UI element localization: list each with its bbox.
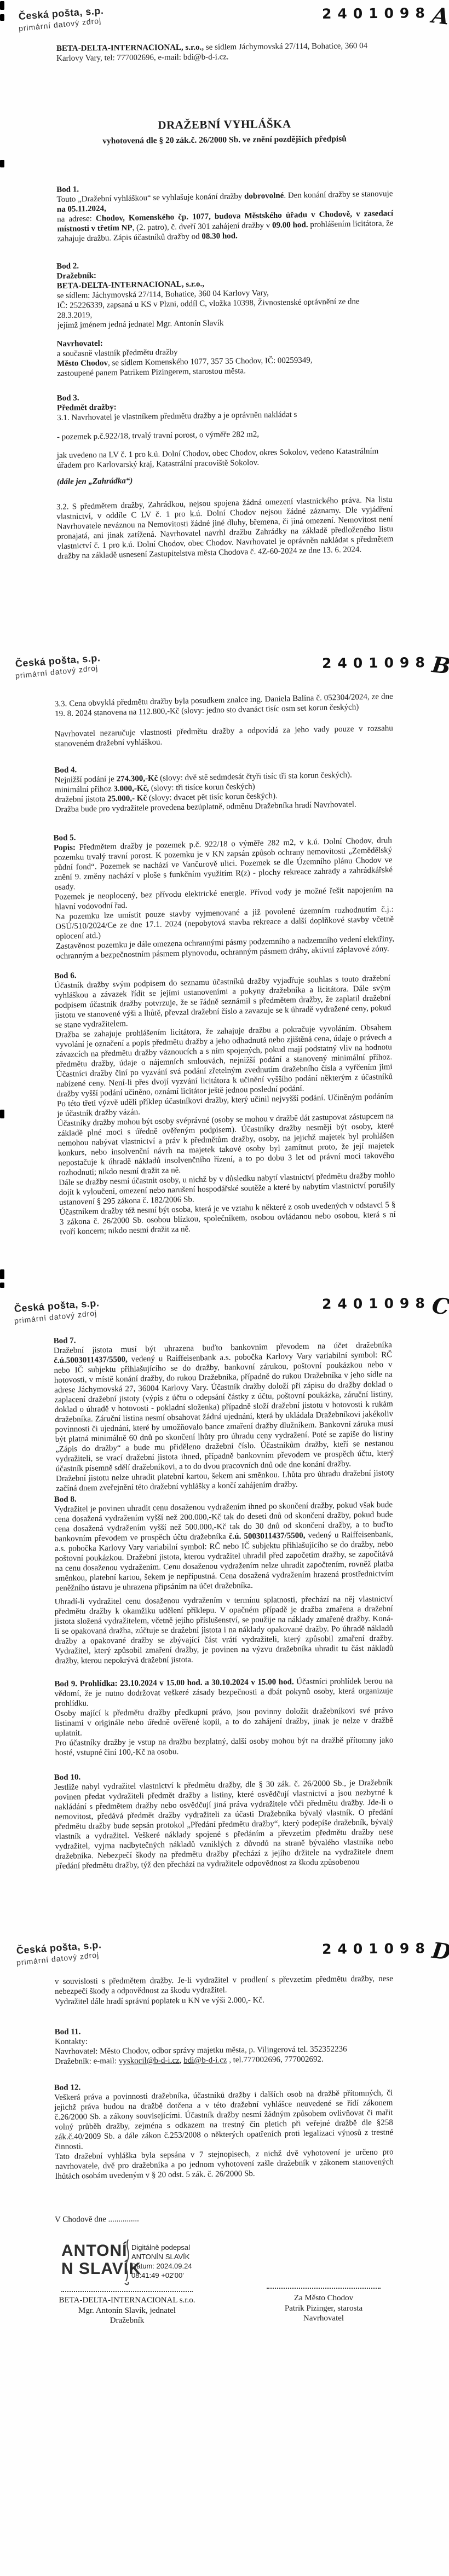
bod-12: Bod 12. Veškerá práva a povinnosti draže… [54,2078,394,2182]
navrhovatel-block: Navrhovatel:a současně vlastník předmětu… [56,334,393,379]
document-number-digits: 2401098 [322,1940,431,1957]
page-c: Česká pošta, s.p. primární datový zdroj … [0,1288,449,1932]
page-letter: C [430,1295,449,1319]
signature-line-left [61,2291,193,2292]
bod-1: Bod 1. Touto „Dražební vyhláškou“ se vyh… [56,179,394,244]
bod-7-p1: Dražební jistota musí být uhrazena buďto… [54,1340,394,1474]
scanned-document: Česká pošta, s.p. primární datový zdroj … [0,0,449,2576]
bod-8: Bod 8. Vydražitel je povinen uhradit cen… [54,1490,394,1593]
bod-3-2-text: 3.2. S předmětem dražby, Zahrádkou, nejs… [56,495,394,561]
page-letter: A [430,4,449,28]
sig-note-line1: Digitálně podepsal [131,2243,214,2252]
letterhead: BETA-DELTA-INTERNACIONAL, s.r.o., se síd… [56,41,389,63]
page-letter: B [430,654,449,678]
page-d: Česká pošta, s.p. primární datový zdroj … [0,1932,449,2576]
bod-10-p1: Jestliže nabyl vydražitel vlastnictví k … [54,1778,394,1871]
bod-6: Bod 6. Účastník dražby svým podpisem do … [54,964,396,1237]
bod-11: Bod 11. Kontakty: Navrhovatel: Město Cho… [55,2024,394,2067]
bod-3-lv: jak uvedeno na LV č. 1 pro k.ú. Dolní Ch… [57,446,393,471]
sig-note-line3: Datum: 2024.09.24 [131,2261,214,2271]
bod-3-2: 3.2. S předmětem dražby, Zahrádkou, nejs… [56,495,394,561]
bod-2: Bod 2. Dražebník:BETA-DELTA-INTERNACIONA… [56,257,394,330]
page-letter: D [430,1940,449,1964]
bod-4: Bod 4. Nejnižší podání je 274.300,-Kč (s… [54,759,393,815]
digital-signature-note: Digitálně podepsal ANTONÍN SLAVÍK Datum:… [131,2243,214,2280]
date-line-text: V Chodově dne ............... [55,2213,274,2225]
bod-3-alias: (dále jen „Zahrádka“) [57,472,393,487]
ceska-posta-stamp: Česká pošta, s.p. primární datový zdroj [14,1303,100,1325]
navrhovatel-person: Patrik Pizinger, starosta [257,2304,390,2314]
bod-3-3: 3.3. Cena obvyklá předmětu dražby byla p… [55,692,394,719]
sig-note-line4: 08:41:49 +02'00' [131,2271,214,2280]
navrhovatel-entity: Za Město Chodov [257,2293,390,2304]
bod-9: Bod 9. Prohlídka: 23.10.2024 v 15.00 hod… [54,1676,393,1758]
continuation-text: v souvislosti s předmětem dražby. Je-li … [55,1974,393,1997]
document-number-stamp: 2401098 C [322,1296,449,1318]
bod-3: Bod 3. Předmět dražby:3.1. Navrhovatel j… [57,388,394,423]
document-number-stamp: 2401098 D [322,1941,449,1963]
bod-10: Bod 10. Jestliže nabyl vydražitel vlastn… [54,1768,394,1871]
ceska-posta-stamp: Česká pošta, s.p. primární datový zdroj [16,1945,102,1967]
bod-6-p2: Dražba se zahajuje prohlášením licitátor… [55,1023,393,1099]
lv-line: jak uvedeno na LV č. 1 pro k.ú. Dolní Ch… [57,446,393,471]
warranty-text: Navrhovatel nezaručuje vlastnosti předmě… [55,723,394,749]
subtitle: vyhotovená dle § 20 zák.č. 26/2000 Sb. v… [55,134,394,147]
navrhovatel-role: Navrhovatel [257,2313,390,2324]
drazebnik-person: Mgr. Antonín Slavík, jednatel [57,2306,197,2316]
bod-5: Bod 5. Popis: Předmětem dražby je pozeme… [53,826,394,961]
transfer-paragraph: Uhradí-li vydražitel cenu dosaženou vydr… [54,1594,393,1666]
document-number-stamp: 2401098 A [322,5,449,27]
letterhead-text: BETA-DELTA-INTERNACIONAL, s.r.o., se síd… [56,41,389,63]
warranty-paragraph: Navrhovatel nezaručuje vlastnosti předmě… [55,723,394,749]
bod-9-p1: Bod 9. Prohlídka: 23.10.2024 v 15.00 hod… [54,1676,393,1709]
bod-1-text: Touto „Dražební vyhláškou“ se vyhlašuje … [56,189,393,244]
bod-3-intro: Předmět dražby:3.1. Navrhovatel je vlast… [57,398,393,423]
signature-caption-right: Za Město Chodov Patrik Pizinger, starost… [257,2293,390,2324]
bod-9-p3: Pro účastníky dražby je vstup na dražbu … [55,1736,393,1758]
bod-12-p2: Tato dražební vyhláška byla sepsána v 7 … [55,2147,394,2182]
navrhovatel-text: Navrhovatel:a současně vlastník předmětu… [56,334,393,379]
bod-10-continuation: v souvislosti s předmětem dražby. Je-li … [55,1974,393,1997]
page-b: Česká pošta, s.p. primární datový zdroj … [0,644,449,1288]
drazebnik-role: Dražebník [57,2316,197,2326]
bod-5-popis: Popis: Předmětem dražby je pozemek p.č. … [54,836,393,892]
page-a: Česká pošta, s.p. primární datový zdroj … [0,0,449,644]
bod-12-p1: Veškerá práva a povinnosti dražebníka, ú… [54,2088,393,2152]
date-line: V Chodově dne ............... [55,2213,274,2225]
parcel-line: - pozemek p.č.922/18, trvalý travní poro… [57,427,393,442]
document-number-digits: 2401098 [322,5,431,22]
alias-line: (dále jen „Zahrádka“) [57,472,393,487]
bod-6-p1: Účastník dražby svým podpisem do seznamu… [54,973,392,1030]
ceska-posta-stamp: Česká pošta, s.p. primární datový zdroj [19,11,104,33]
bod-7: Bod 7. Dražební jistota musí být uhrazen… [53,1330,394,1494]
bod-3-parcel: - pozemek p.č.922/18, trvalý travní poro… [57,427,393,442]
sig-note-line2: ANTONÍN SLAVÍK [131,2252,214,2261]
main-title: DRAŽEBNÍ VYHLÁŠKA [55,118,394,131]
bod-9-p2: Osoby mající k předmětu dražby předkupní… [55,1706,393,1738]
document-number-stamp: 2401098 B [322,655,449,677]
transfer-text: Uhradí-li vydražitel cenu dosaženou vydr… [54,1594,393,1666]
bod-8-p1: Vydražitel je povinen uhradit cenu dosaž… [54,1500,394,1593]
document-number-digits: 2401098 [322,1295,431,1312]
drazebnik-company: BETA-DELTA-INTERNACIONAL s.r.o. [57,2295,197,2306]
document-number-digits: 2401098 [322,654,431,671]
bod-3-3-text: 3.3. Cena obvyklá předmětu dražby byla p… [55,692,394,719]
ceska-posta-stamp: Česká pošta, s.p. primární datový zdroj [15,658,101,680]
signature-line-right [267,2288,381,2289]
bod-6-p4: Účastníky dražby mohou být osoby svépráv… [57,1111,395,1178]
signature-caption-left: BETA-DELTA-INTERNACIONAL s.r.o. Mgr. Ant… [57,2295,197,2326]
bod-2-text: Dražebník:BETA-DELTA-INTERNACIONAL, s.r.… [56,266,393,330]
bod-4-text: Nejnižší podání je 274.300,-Kč (slovy: d… [55,769,394,815]
